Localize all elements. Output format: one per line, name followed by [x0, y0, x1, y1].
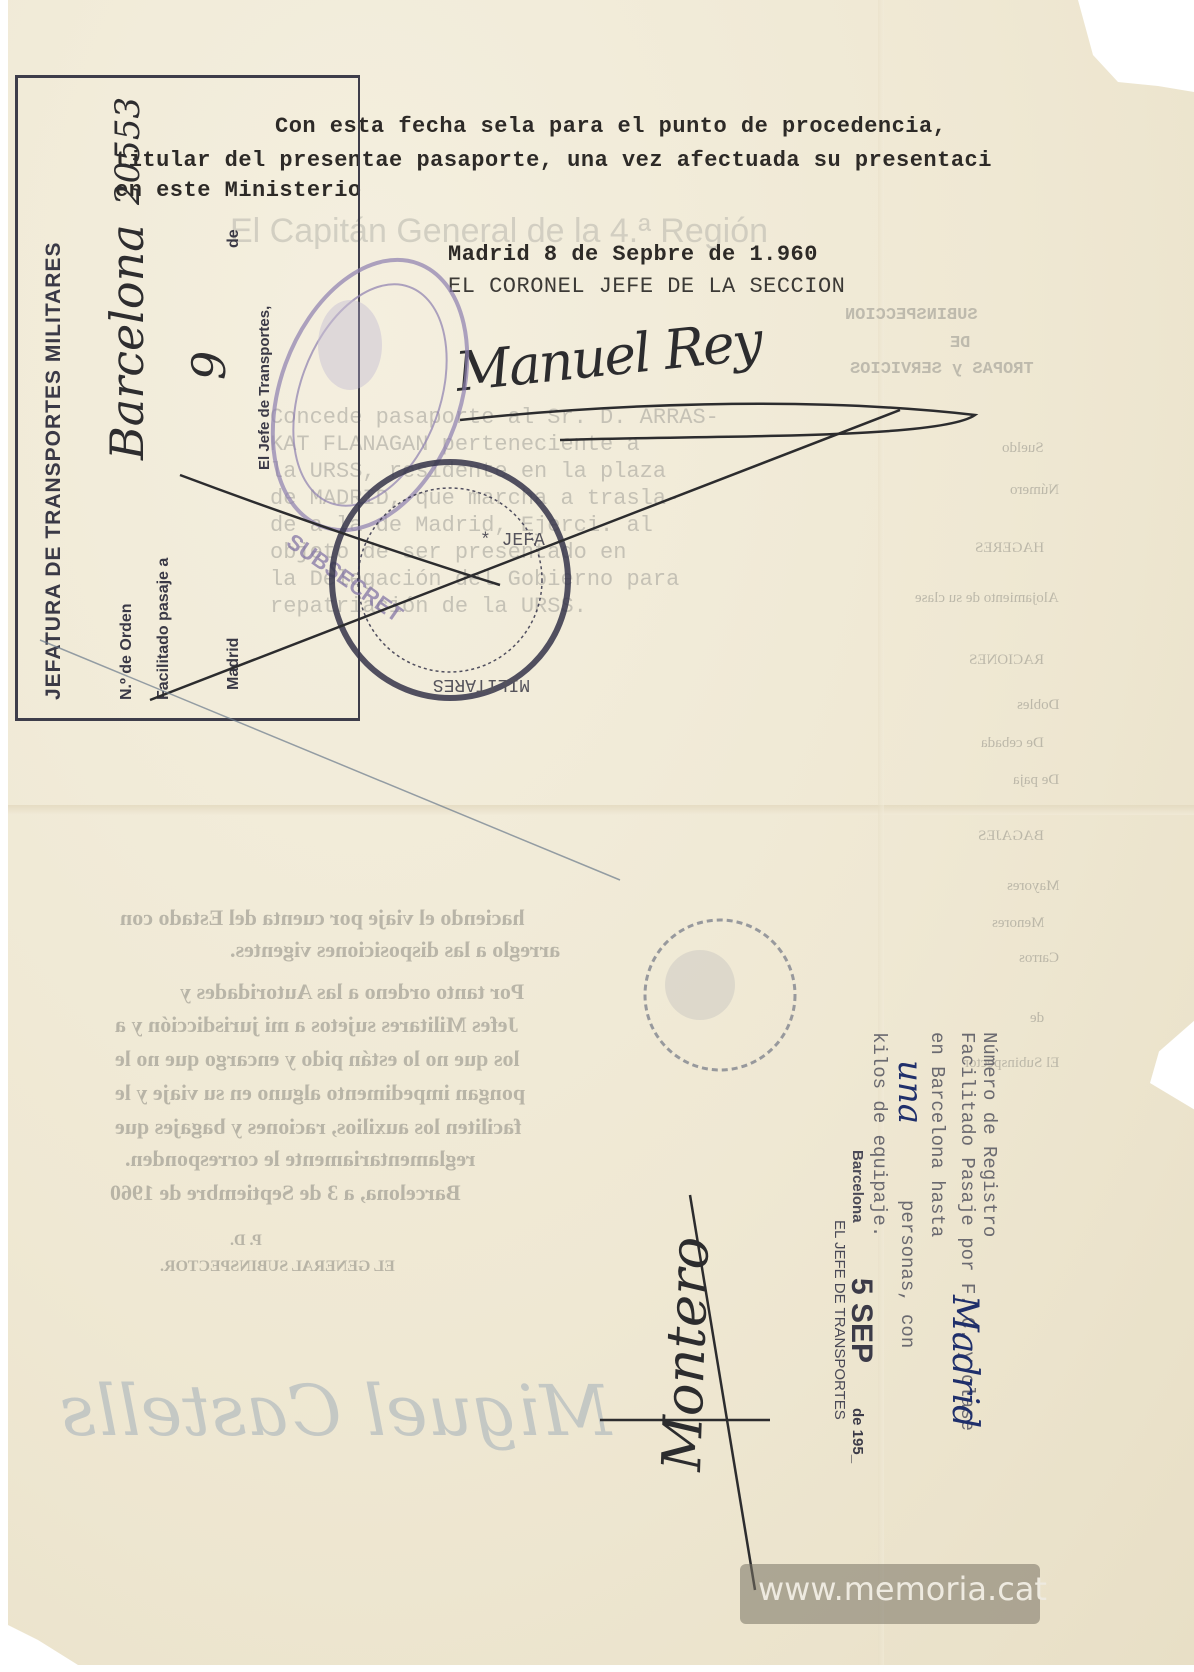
blue-seal-bottom: [645, 920, 795, 1070]
svg-text:MILITARES: MILITARES: [433, 674, 530, 694]
seals-and-strokes: SUBSECRET * JEFA MILITARES: [0, 0, 1194, 1672]
watermark: www.memoria.cat: [740, 1564, 1040, 1624]
pen-strokes: [40, 404, 975, 1590]
svg-text:SUBSECRET: SUBSECRET: [282, 529, 408, 628]
purple-seal: SUBSECRET: [238, 233, 503, 628]
svg-text:* JEFA: * JEFA: [480, 531, 545, 551]
